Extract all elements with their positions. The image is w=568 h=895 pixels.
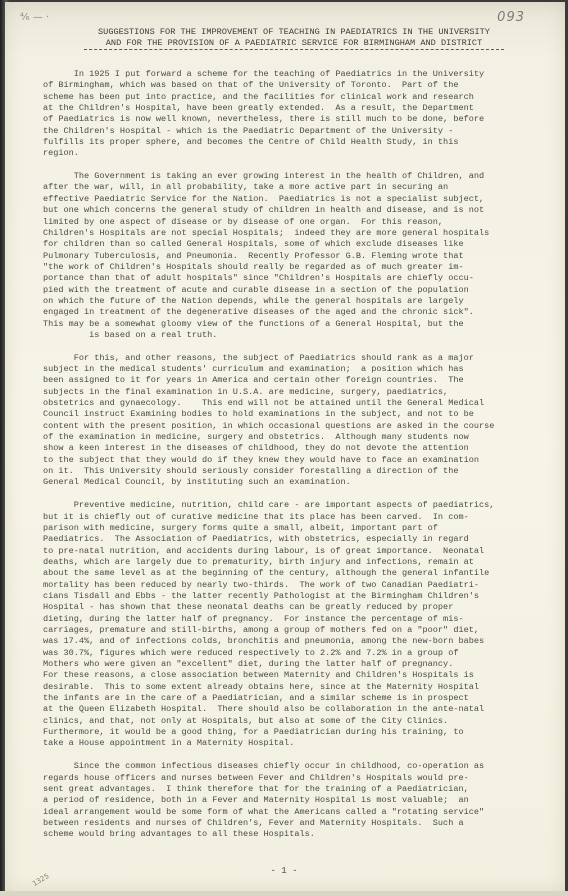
text-line: dieting, during the latter half of pregn… xyxy=(43,614,563,625)
text-line: Paediatrics. The Association of Paediatr… xyxy=(43,534,563,545)
text-line: obstetrics and gynaecology. This end wil… xyxy=(43,398,563,409)
text-line: For this, and other reasons, the subject… xyxy=(43,353,563,364)
title-line-2: AND FOR THE PROVISION OF A PAEDIATRIC SE… xyxy=(59,38,529,49)
text-line: was 17.4%, and of infections colds, bron… xyxy=(43,636,563,647)
text-line: on which the future of the Nation depend… xyxy=(43,296,563,307)
text-line: for children than so called General Hosp… xyxy=(43,239,563,250)
text-line: scheme would bring advantages to all the… xyxy=(43,829,563,840)
text-line: ideal arrangement would be some form of … xyxy=(43,807,563,818)
text-line: but it is chiefly out of curative medici… xyxy=(43,512,563,523)
text-line: Since the common infectious diseases chi… xyxy=(43,761,563,772)
text-line: Furthermore, it would be a good thing, f… xyxy=(43,727,563,738)
text-line: been assigned to it for years in America… xyxy=(43,375,563,386)
text-line: a period of residence, both in a Fever a… xyxy=(43,795,563,806)
text-line: parison with medicine, surgery forms qui… xyxy=(43,523,563,534)
text-line: In 1925 I put forward a scheme for the t… xyxy=(43,69,563,80)
text-line: take a House appointment in a Maternity … xyxy=(43,738,563,749)
text-line: desirable. This to some extent already o… xyxy=(43,682,563,693)
text-line: of the examination in medicine, surgery … xyxy=(43,432,563,443)
text-line: Children's Hospitals are not special Hos… xyxy=(43,228,563,239)
text-line: at the Children's Hospital, have been gr… xyxy=(43,103,563,114)
document-page: ⁴⁄₆ — · 093 SUGGESTIONS FOR THE IMPROVEM… xyxy=(5,2,565,892)
scan-bottom-edge xyxy=(0,891,568,895)
text-line: General Medical Council, by instituting … xyxy=(43,477,563,488)
text-line: subject in the medical students' curricu… xyxy=(43,364,563,375)
text-line: The Government is taking an ever growing… xyxy=(43,171,563,182)
text-line: portance than that of adult hospitals" s… xyxy=(43,273,563,284)
text-line: at the Queen Elizabeth Hospital. There s… xyxy=(43,704,563,715)
text-line: pied with the treatment of acute and cur… xyxy=(43,285,563,296)
text-line: after the war, will, in all probability,… xyxy=(43,182,563,193)
text-line: fulfills its proper sphere, and becomes … xyxy=(43,137,563,148)
text-line: between residents and nurses of Children… xyxy=(43,818,563,829)
text-line: Mothers who were given an "excellent" di… xyxy=(43,659,563,670)
text-line: to pre-natal nutrition, and accidents du… xyxy=(43,546,563,557)
text-line: "the work of Children's Hospitals should… xyxy=(43,262,563,273)
text-line: subjects in the final examination in U.S… xyxy=(43,387,563,398)
text-line: Pulmonary Tuberculosis, and Pneumonia. R… xyxy=(43,251,563,262)
text-line: the Children's Hospital - which is the P… xyxy=(43,126,563,137)
text-line: cians Tisdall and Ebbs - the latter rece… xyxy=(43,591,563,602)
paragraph-5: Since the common infectious diseases chi… xyxy=(43,761,563,840)
text-line: content with the present position, in wh… xyxy=(43,421,563,432)
paragraph-1: In 1925 I put forward a scheme for the t… xyxy=(43,69,563,160)
text-line: show a keen interest in the diseases of … xyxy=(43,443,563,454)
text-line: scheme has been put into practice, and t… xyxy=(43,92,563,103)
text-line: limited by one aspect of disease or by d… xyxy=(43,217,563,228)
document-body: In 1925 I put forward a scheme for the t… xyxy=(43,69,563,852)
text-line: regards house officers and nurses betwee… xyxy=(43,773,563,784)
text-line: For these reasons, a close association b… xyxy=(43,670,563,681)
text-line: Hospital - has shown that these neonatal… xyxy=(43,602,563,613)
text-line: of Birmingham, which was based on that o… xyxy=(43,80,563,91)
page-number: - 1 - xyxy=(0,866,568,876)
text-line: Council instruct Examining bodies to hol… xyxy=(43,409,563,420)
document-title: SUGGESTIONS FOR THE IMPROVEMENT OF TEACH… xyxy=(59,27,529,50)
paragraph-4: Preventive medicine, nutrition, child ca… xyxy=(43,500,563,750)
title-underline xyxy=(84,49,504,50)
text-line: of Paediatrics is now well known, nevert… xyxy=(43,114,563,125)
text-line: mortality has been reduced by nearly two… xyxy=(43,580,563,591)
text-line: clinics, and that, not only at Hospitals… xyxy=(43,716,563,727)
text-line: engaged in treatment of the degenerative… xyxy=(43,307,563,318)
text-line: the infants are in the care of a Paediat… xyxy=(43,693,563,704)
text-line: carriages, premature and still-births, a… xyxy=(43,625,563,636)
text-line: region. xyxy=(43,148,563,159)
text-line: but one which concerns the general study… xyxy=(43,205,563,216)
text-line: to the subject that they would do if the… xyxy=(43,455,563,466)
archive-number: 093 xyxy=(497,10,525,25)
text-line: This may be a somewhat gloomy view of th… xyxy=(43,319,563,330)
text-line: is based on a real truth. xyxy=(43,330,563,341)
text-line: sent great advantages. I think therefore… xyxy=(43,784,563,795)
text-line: on it. This University should seriously … xyxy=(43,466,563,477)
text-line: Preventive medicine, nutrition, child ca… xyxy=(43,500,563,511)
handwritten-margin-mark: ⁴⁄₆ — · xyxy=(20,12,49,23)
title-line-1: SUGGESTIONS FOR THE IMPROVEMENT OF TEACH… xyxy=(59,27,529,38)
text-line: deaths, which are largely due to prematu… xyxy=(43,557,563,568)
text-line: about the same level as at the beginning… xyxy=(43,568,563,579)
paragraph-3: For this, and other reasons, the subject… xyxy=(43,353,563,489)
text-line: was 30.7%, figures which were reduced re… xyxy=(43,648,563,659)
text-line: effective Paediatric Service for the Nat… xyxy=(43,194,563,205)
paragraph-2: The Government is taking an ever growing… xyxy=(43,171,563,341)
